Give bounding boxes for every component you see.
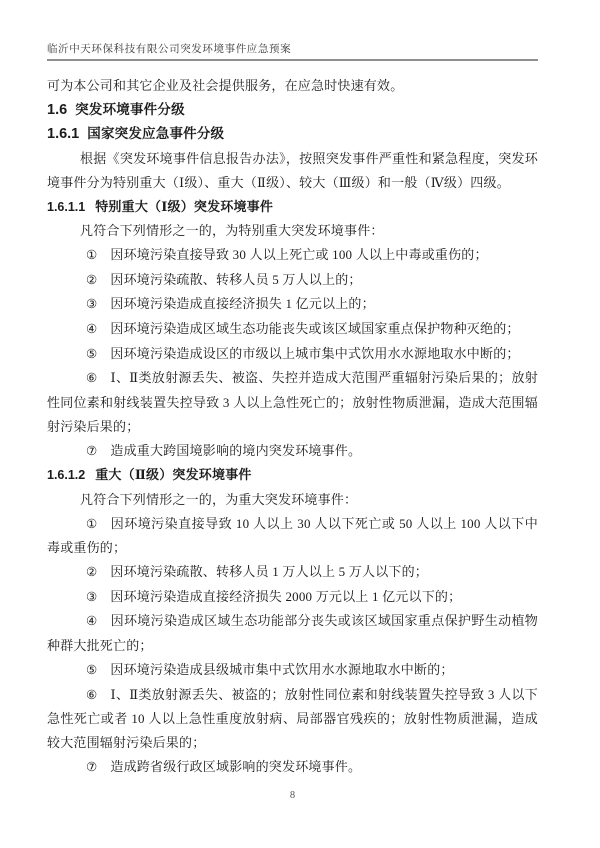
paragraph: 凡符合下列情形之一的，为特别重大突发环境事件： [47,219,538,243]
list-item-marker: ⑥ [86,371,98,385]
list-item: ⑥Ⅰ、Ⅱ类放射源丢失、被盗的；放射性同位素和射线装置失控导致 3 人以下急性死亡… [47,683,538,755]
section-title: 重大（Ⅱ级）突发环境事件 [95,467,251,482]
list-item-text: 造成重大跨国境影响的境内突发环境事件。 [110,443,361,458]
page-number: 8 [290,790,295,801]
list-item-marker: ① [86,248,97,262]
list-item-text: 因环境污染造成直接经济损失 2000 万元以上 1 亿元以下的； [110,589,461,604]
list-item: ①因环境污染直接导致 10 人以上 30 人以下死亡或 50 人以上 100 人… [47,512,538,560]
paragraph: 根据《突发环境事件信息报告办法》，按照突发事件严重性和紧急程度，突发环境事件分为… [47,147,538,194]
list-item-marker: ④ [86,614,98,628]
list-item-marker: ⑥ [86,688,98,702]
list-item-text: Ⅰ、Ⅱ类放射源丢失、被盗的；放射性同位素和射线装置失控导致 3 人以下急性死亡或… [47,687,538,750]
list-item: ④因环境污染造成区域生态功能部分丧失或该区域国家重点保护野生动植物种群大批死亡的… [47,609,538,657]
section-title: 突发环境事件分级 [75,102,185,117]
list-item-marker: ④ [86,322,97,336]
section-number: 1.6.1 [47,126,79,142]
page-footer: 8 [47,785,538,803]
section-heading-1.6.1.2: 1.6.1.2重大（Ⅱ级）突发环境事件 [47,463,538,488]
list-item-text: 因环境污染造成直接经济损失 1 亿元以上的； [110,296,374,311]
section-heading-1.6.1.1: 1.6.1.1特别重大（Ⅰ级）突发环境事件 [47,195,538,220]
list-item-text: Ⅰ、Ⅱ类放射源丢失、被盗、失控并造成大范围严重辐射污染后果的；放射性同位素和射线… [47,370,538,433]
list-item-marker: ① [86,517,98,531]
section-number: 1.6.1.1 [47,200,85,214]
list-item-text: 因环境污染疏散、转移人员 5 万人以上的； [110,272,361,287]
list-item: ③因环境污染造成直接经济损失 1 亿元以上的； [47,292,538,317]
list-item-marker: ③ [86,590,97,604]
page-header-title: 临沂中天环保科技有限公司突发环境事件应急预案 [47,43,538,56]
list-item-text: 因环境污染直接导致 30 人以上死亡或 100 人以上中毒或重伤的； [110,247,487,262]
list-item-marker: ⑤ [86,347,97,361]
list-item: ⑦造成重大跨国境影响的境内突发环境事件。 [47,439,538,464]
list-item: ②因环境污染疏散、转移人员 5 万人以上的； [47,268,538,293]
list-item-marker: ⑦ [86,760,97,774]
list-item-text: 因环境污染造成县级城市集中式饮用水水源地取水中断的； [110,662,453,677]
list-item: ⑤因环境污染造成设区的市级以上城市集中式饮用水水源地取水中断的； [47,342,538,367]
paragraph: 可为本公司和其它企业及社会提供服务，在应急时快速有效。 [47,74,538,98]
list-item-marker: ② [86,565,97,579]
list-item: ④因环境污染造成区域生态功能丧失或该区域国家重点保护物种灭绝的； [47,317,538,342]
list-item-text: 因环境污染造成区域生态功能丧失或该区域国家重点保护物种灭绝的； [110,321,519,336]
section-heading-1.6: 1.6突发环境事件分级 [47,98,538,123]
list-item: ①因环境污染直接导致 30 人以上死亡或 100 人以上中毒或重伤的； [47,243,538,268]
list-item-text: 因环境污染造成设区的市级以上城市集中式饮用水水源地取水中断的； [110,346,519,361]
list-item: ⑤因环境污染造成县级城市集中式饮用水水源地取水中断的； [47,658,538,683]
section-number: 1.6 [47,102,67,118]
section-heading-1.6.1: 1.6.1国家突发应急事件分级 [47,122,538,147]
list-item: ⑥Ⅰ、Ⅱ类放射源丢失、被盗、失控并造成大范围严重辐射污染后果的；放射性同位素和射… [47,366,538,438]
section-title: 国家突发应急事件分级 [87,126,224,141]
list-item-text: 因环境污染造成区域生态功能部分丧失或该区域国家重点保护野生动植物种群大批死亡的； [47,613,538,653]
list-item-text: 造成跨省级行政区域影响的突发环境事件。 [110,759,361,774]
list-item: ⑦造成跨省级行政区域影响的突发环境事件。 [47,755,538,780]
section-number: 1.6.1.2 [47,468,85,482]
section-title: 特别重大（Ⅰ级）突发环境事件 [95,199,273,214]
list-item-marker: ⑤ [86,663,97,677]
list-item-text: 因环境污染直接导致 10 人以上 30 人以下死亡或 50 人以上 100 人以… [47,516,538,556]
list-item-marker: ⑦ [86,444,97,458]
list-item-text: 因环境污染疏散、转移人员 1 万人以上 5 万人以下的； [110,564,428,579]
list-item: ②因环境污染疏散、转移人员 1 万人以上 5 万人以下的； [47,560,538,585]
paragraph: 凡符合下列情形之一的，为重大突发环境事件： [47,488,538,512]
document-body: 可为本公司和其它企业及社会提供服务，在应急时快速有效。1.6突发环境事件分级1.… [47,74,538,779]
list-item: ③因环境污染造成直接经济损失 2000 万元以上 1 亿元以下的； [47,585,538,610]
list-item-marker: ② [86,273,97,287]
list-item-marker: ③ [86,297,97,311]
document-page: 临沂中天环保科技有限公司突发环境事件应急预案 可为本公司和其它企业及社会提供服务… [0,0,600,848]
page-header: 临沂中天环保科技有限公司突发环境事件应急预案 [47,43,538,61]
